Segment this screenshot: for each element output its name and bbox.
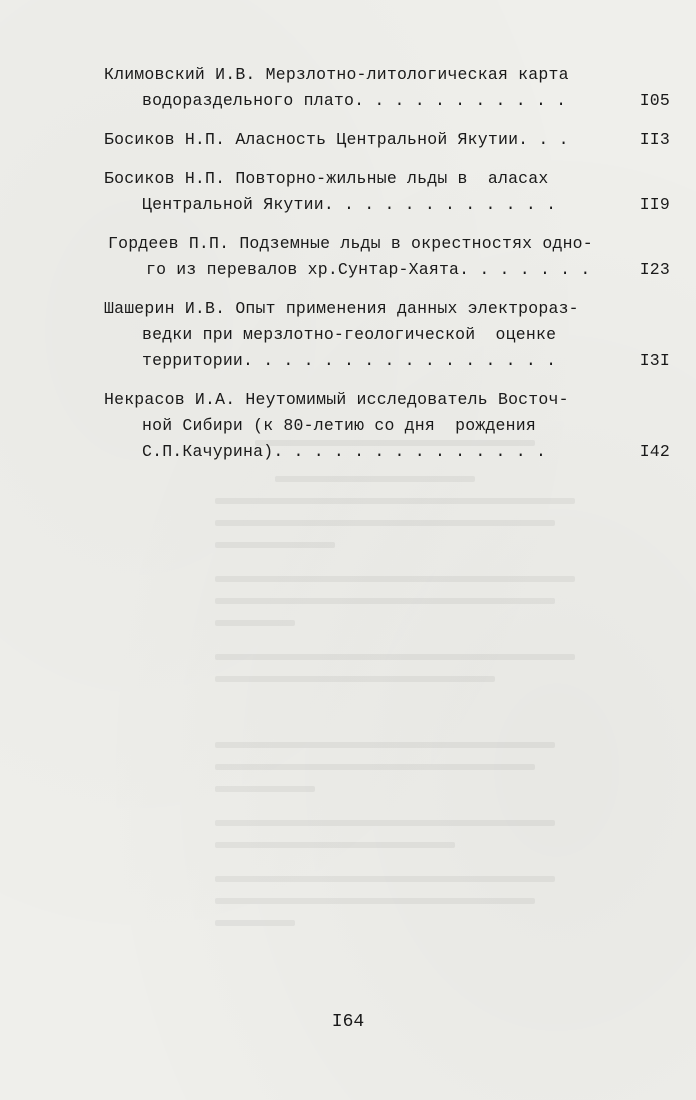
entry-text: территории. . . . . . . . . . . . . . . … bbox=[142, 348, 556, 374]
entry-page-number: II3 bbox=[640, 127, 670, 153]
table-of-contents: Климовский И.В. Мерзлотно-литологическая… bbox=[104, 62, 670, 478]
entry-text: Некрасов И.А. Неутомимый исследователь В… bbox=[104, 387, 569, 413]
entry-text: Босиков Н.П. Повторно-жильные льды в ала… bbox=[104, 166, 548, 192]
bleed-through-text bbox=[215, 440, 615, 942]
entry-text: Шашерин И.В. Опыт применения данных элек… bbox=[104, 296, 579, 322]
entry-text: С.П.Качурина). . . . . . . . . . . . . . bbox=[142, 439, 546, 465]
entry-title-line: Центральной Якутии. . . . . . . . . . . … bbox=[104, 192, 670, 218]
entry-title-line: ведки при мерзлотно-геологической оценке bbox=[104, 322, 670, 348]
entry-page-number: I42 bbox=[640, 439, 670, 465]
entry-title-line: Босиков Н.П. Аласность Центральной Якути… bbox=[104, 127, 670, 153]
entry-page-number: I3I bbox=[640, 348, 670, 374]
entry-text: водораздельного плато. . . . . . . . . .… bbox=[142, 88, 566, 114]
entry-page-number: I05 bbox=[640, 88, 670, 114]
toc-entry: Некрасов И.А. Неутомимый исследователь В… bbox=[104, 387, 670, 465]
toc-entry: Шашерин И.В. Опыт применения данных элек… bbox=[104, 296, 670, 374]
entry-title-line: Шашерин И.В. Опыт применения данных элек… bbox=[104, 296, 670, 322]
entry-text: Босиков Н.П. Аласность Центральной Якути… bbox=[104, 127, 569, 153]
entry-page-number: I23 bbox=[640, 257, 670, 283]
toc-entry: Гордеев П.П. Подземные льды в окрестност… bbox=[104, 231, 670, 283]
entry-page-number: II9 bbox=[640, 192, 670, 218]
entry-title-line: Гордеев П.П. Подземные льды в окрестност… bbox=[104, 231, 670, 257]
entry-text: Климовский И.В. Мерзлотно-литологическая… bbox=[104, 62, 569, 88]
entry-title-line: водораздельного плато. . . . . . . . . .… bbox=[104, 88, 670, 114]
toc-entry: Босиков Н.П. Повторно-жильные льды в ала… bbox=[104, 166, 670, 218]
entry-title-line: Босиков Н.П. Повторно-жильные льды в ала… bbox=[104, 166, 670, 192]
entry-text: го из перевалов хр.Сунтар-Хаята. . . . .… bbox=[146, 257, 590, 283]
entry-title-line: ной Сибири (к 80-летию со дня рождения bbox=[104, 413, 670, 439]
toc-entry: Босиков Н.П. Аласность Центральной Якути… bbox=[104, 127, 670, 153]
entry-text: ведки при мерзлотно-геологической оценке bbox=[142, 322, 556, 348]
entry-title-line: Климовский И.В. Мерзлотно-литологическая… bbox=[104, 62, 670, 88]
toc-entry: Климовский И.В. Мерзлотно-литологическая… bbox=[104, 62, 670, 114]
page-number: I64 bbox=[0, 1012, 696, 1032]
entry-title-line: го из перевалов хр.Сунтар-Хаята. . . . .… bbox=[104, 257, 670, 283]
entry-text: ной Сибири (к 80-летию со дня рождения bbox=[142, 413, 536, 439]
entry-text: Гордеев П.П. Подземные льды в окрестност… bbox=[108, 231, 593, 257]
entry-title-line: территории. . . . . . . . . . . . . . . … bbox=[104, 348, 670, 374]
entry-title-line: Некрасов И.А. Неутомимый исследователь В… bbox=[104, 387, 670, 413]
entry-text: Центральной Якутии. . . . . . . . . . . … bbox=[142, 192, 556, 218]
entry-title-line: С.П.Качурина). . . . . . . . . . . . . .… bbox=[104, 439, 670, 465]
